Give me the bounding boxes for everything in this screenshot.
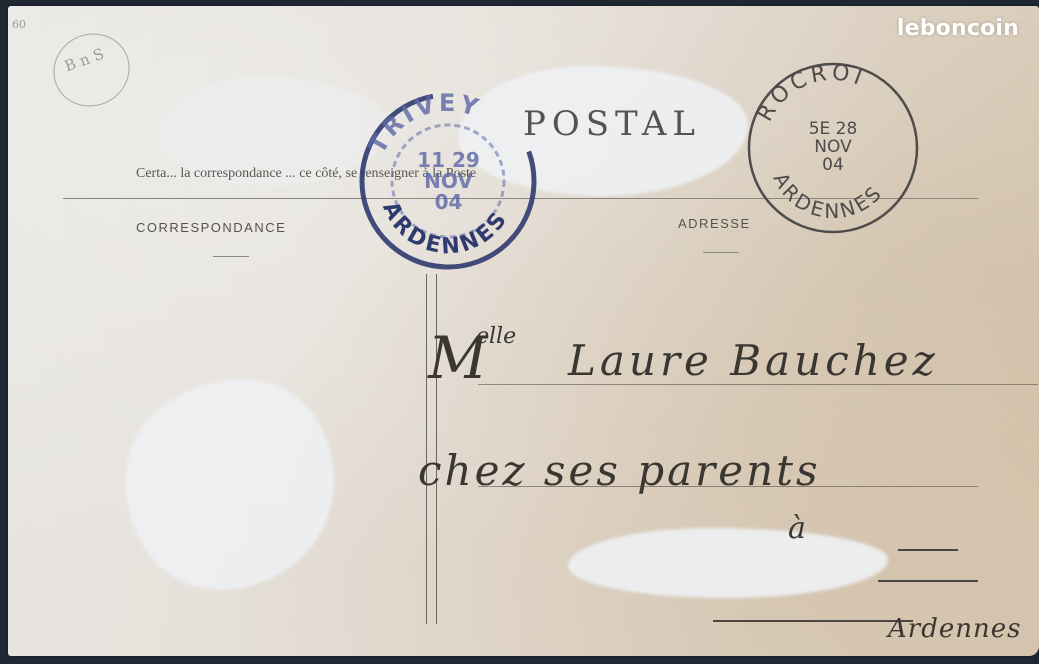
pencil-corner-number: 60 — [12, 18, 26, 31]
address-underline — [703, 252, 739, 253]
correspondence-label: CORRESPONDANCE — [136, 220, 286, 235]
address-label: ADRESSE — [678, 216, 751, 231]
svg-text:ARDENNES: ARDENNES — [769, 169, 888, 223]
pencil-oval — [41, 21, 141, 119]
address-rule-2 — [478, 486, 978, 487]
address-rule-3 — [898, 549, 958, 551]
leboncoin-watermark: leboncoin — [897, 16, 1019, 41]
svg-text:ROCROI: ROCROI — [753, 60, 869, 125]
header-title: POSTAL — [523, 104, 701, 144]
arrival-postmark-year: 04 — [809, 157, 858, 175]
departure-postmark: TRIVEY ARDENNES 11 29 NOV 04 — [356, 89, 541, 274]
address-line-1-name: Laure Bauchez — [568, 336, 939, 385]
arrival-postmark: ROCROI ARDENNES 5E 28 NOV 04 — [743, 58, 923, 238]
address-rule-5 — [713, 620, 913, 622]
correspondence-underline — [213, 256, 249, 257]
departure-postmark-month: NOV — [417, 171, 480, 192]
address-line-2: chez ses parents — [418, 446, 821, 495]
postcard-back: 60 B n S POSTAL Certa... la correspondan… — [8, 6, 1039, 656]
address-line-1-superscript: elle — [476, 324, 516, 349]
departure-postmark-time: 11 29 — [417, 150, 480, 171]
address-rule-1 — [478, 384, 1038, 385]
address-line-4: Ardennes — [888, 614, 1021, 644]
address-line-3: à — [788, 511, 806, 546]
worn-patch-left — [84, 338, 378, 629]
address-rule-4 — [878, 580, 978, 582]
departure-postmark-year: 04 — [417, 192, 480, 213]
worn-patch-bottom — [568, 528, 888, 598]
